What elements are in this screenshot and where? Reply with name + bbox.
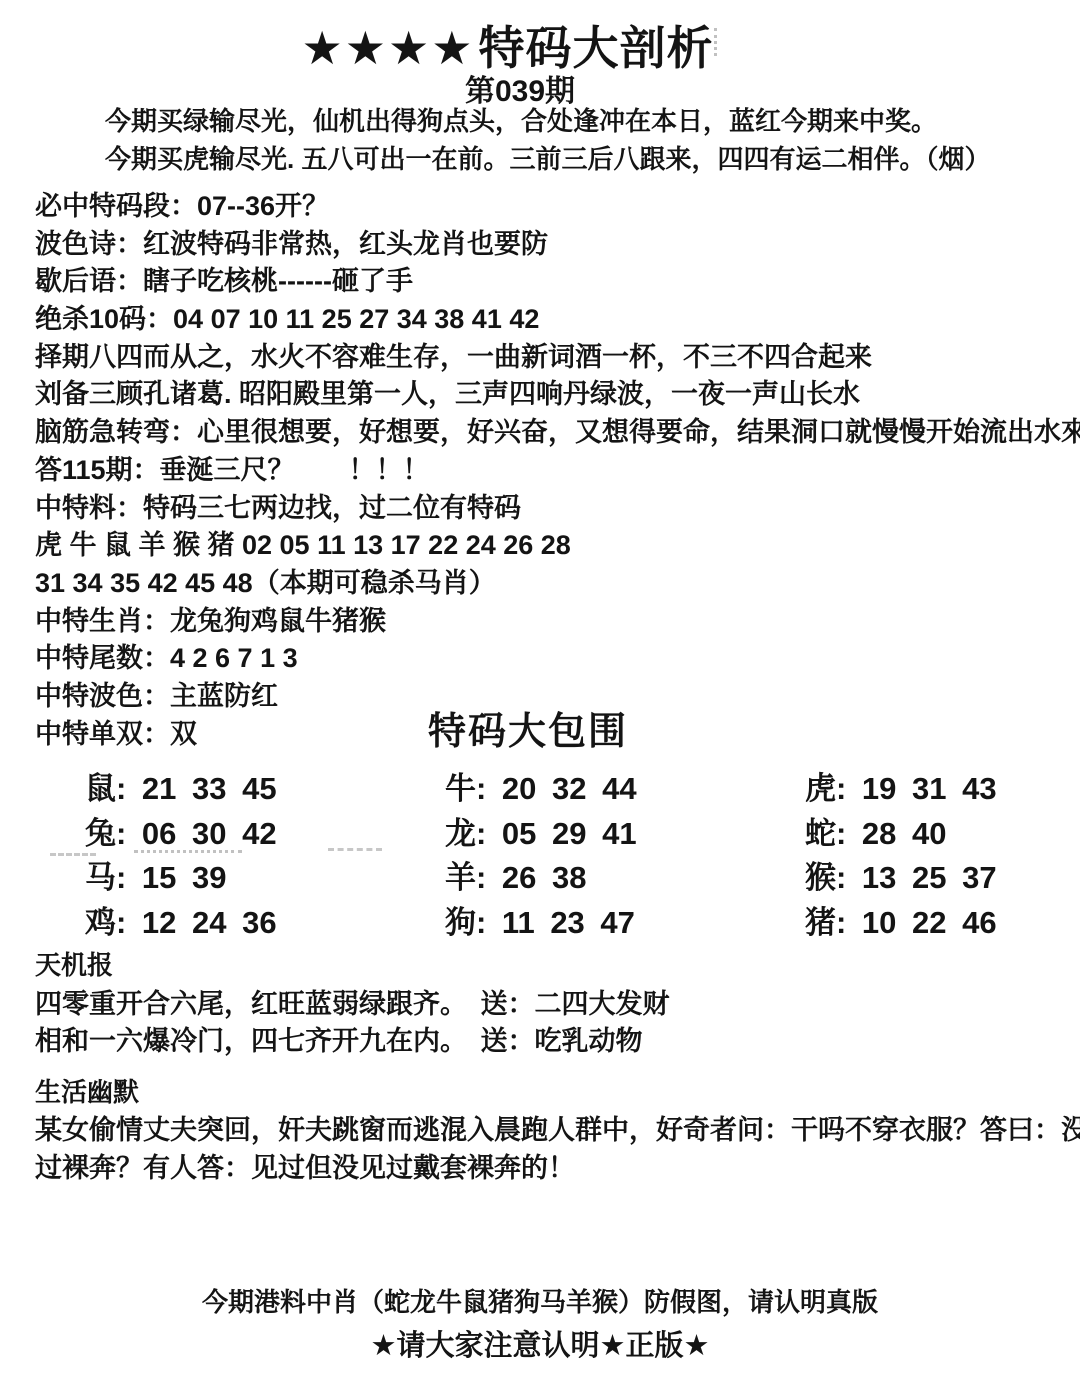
- prediction-line: 波色诗：红波特码非常热，红头龙肖也要防: [35, 226, 1080, 264]
- zodiac-cell: 鸡: 12 24 36: [85, 897, 445, 942]
- tianji-label: 天机报: [35, 945, 113, 982]
- scan-artifact: [134, 850, 242, 853]
- zodiac-cell: 狗: 11 23 47: [445, 897, 805, 942]
- humor-line: 过裸奔？有人答：见过但没见过戴套裸奔的！: [35, 1146, 575, 1185]
- footer-genuine-mark: ★请大家注意认明★正版★: [0, 1323, 1080, 1364]
- prediction-line: 中特生肖：龙兔狗鸡鼠牛猪猴: [35, 603, 1080, 641]
- scan-artifact: [714, 28, 717, 56]
- zodiac-cell: 羊: 26 38: [445, 852, 805, 897]
- zodiac-cell: 牛: 20 32 44: [445, 763, 805, 808]
- scan-artifact: [50, 853, 96, 856]
- tianji-line: 四零重开合六尾，红旺蓝弱绿跟齐。 送：二四大发财: [35, 982, 670, 1021]
- prediction-line: 歇后语：瞎子吃核桃------砸了手: [35, 263, 1080, 301]
- intro-line: 今期买虎输尽光. 五八可出一在前。三前三后八跟来，四四有运二相伴。（烟）: [105, 140, 990, 178]
- zodiac-cell: 龙: 05 29 41: [445, 808, 805, 853]
- prediction-line: 虎 牛 鼠 羊 猴 猪 02 05 11 13 17 22 24 26 28: [35, 527, 1080, 565]
- intro-poems: 今期买绿输尽光，仙机出得狗点头，合处逢冲在本日，蓝红今期来中奖。 今期买虎输尽光…: [105, 102, 990, 178]
- prediction-line: 中特尾数：4 2 6 7 1 3: [35, 640, 1080, 678]
- scan-artifact: [328, 848, 382, 851]
- zodiac-cell: 虎: 19 31 43: [805, 763, 1080, 808]
- tip-sheet-page: ★★★★特码大剖析 第039期 今期买绿输尽光，仙机出得狗点头，合处逢冲在本日，…: [0, 0, 1080, 1375]
- prediction-line: 择期八四而从之，水火不容难生存，一曲新词酒一杯，不三不四合起来: [35, 339, 1080, 377]
- zodiac-cell: 马: 15 39: [85, 852, 445, 897]
- section-heading-wrap: 特码大包围: [428, 700, 628, 755]
- zodiac-cell: 猴: 13 25 37: [805, 852, 1080, 897]
- prediction-line: 脑筋急转弯：心里很想要，好想要，好兴奋，又想得要命，结果洞口就慢慢开始流出水來了…: [35, 414, 1080, 452]
- prediction-line: 31 34 35 42 45 48（本期可稳杀马肖）: [35, 565, 1080, 603]
- zodiac-cell: 鼠: 21 33 45: [85, 763, 445, 808]
- humor-line: 某女偷情丈夫突回，奸夫跳窗而逃混入晨跑人群中，好奇者问：干吗不穿衣服？答曰：没见: [35, 1108, 1080, 1147]
- humor-label: 生活幽默: [35, 1072, 139, 1109]
- zodiac-cell: 兔: 06 30 42: [85, 808, 445, 853]
- footer-authenticity-note: 今期港料中肖（蛇龙牛鼠猪狗马羊猴）防假图，请认明真版: [0, 1282, 1080, 1319]
- intro-line: 今期买绿输尽光，仙机出得狗点头，合处逢冲在本日，蓝红今期来中奖。: [105, 102, 990, 140]
- prediction-list: 必中特码段：07--36开？ 波色诗：红波特码非常热，红头龙肖也要防 歇后语：瞎…: [35, 188, 1080, 753]
- tianji-line: 相和一六爆冷门，四七齐开九在内。 送：吃乳动物: [35, 1019, 643, 1058]
- zodiac-cell: 猪: 10 22 46: [805, 897, 1080, 942]
- prediction-line: 答115期：垂涎三尺？ ！！！: [35, 452, 1080, 490]
- zodiac-cell: 蛇: 28 40: [805, 808, 1080, 853]
- prediction-line: 中特料：特码三七两边找，过二位有特码: [35, 490, 1080, 528]
- prediction-line: 必中特码段：07--36开？: [35, 188, 1080, 226]
- prediction-line: 刘备三顾孔诸葛. 昭阳殿里第一人，三声四响丹绿波，一夜一声山长水: [35, 376, 1080, 414]
- prediction-line: 绝杀10码：04 07 10 11 25 27 34 38 41 42: [35, 301, 1080, 339]
